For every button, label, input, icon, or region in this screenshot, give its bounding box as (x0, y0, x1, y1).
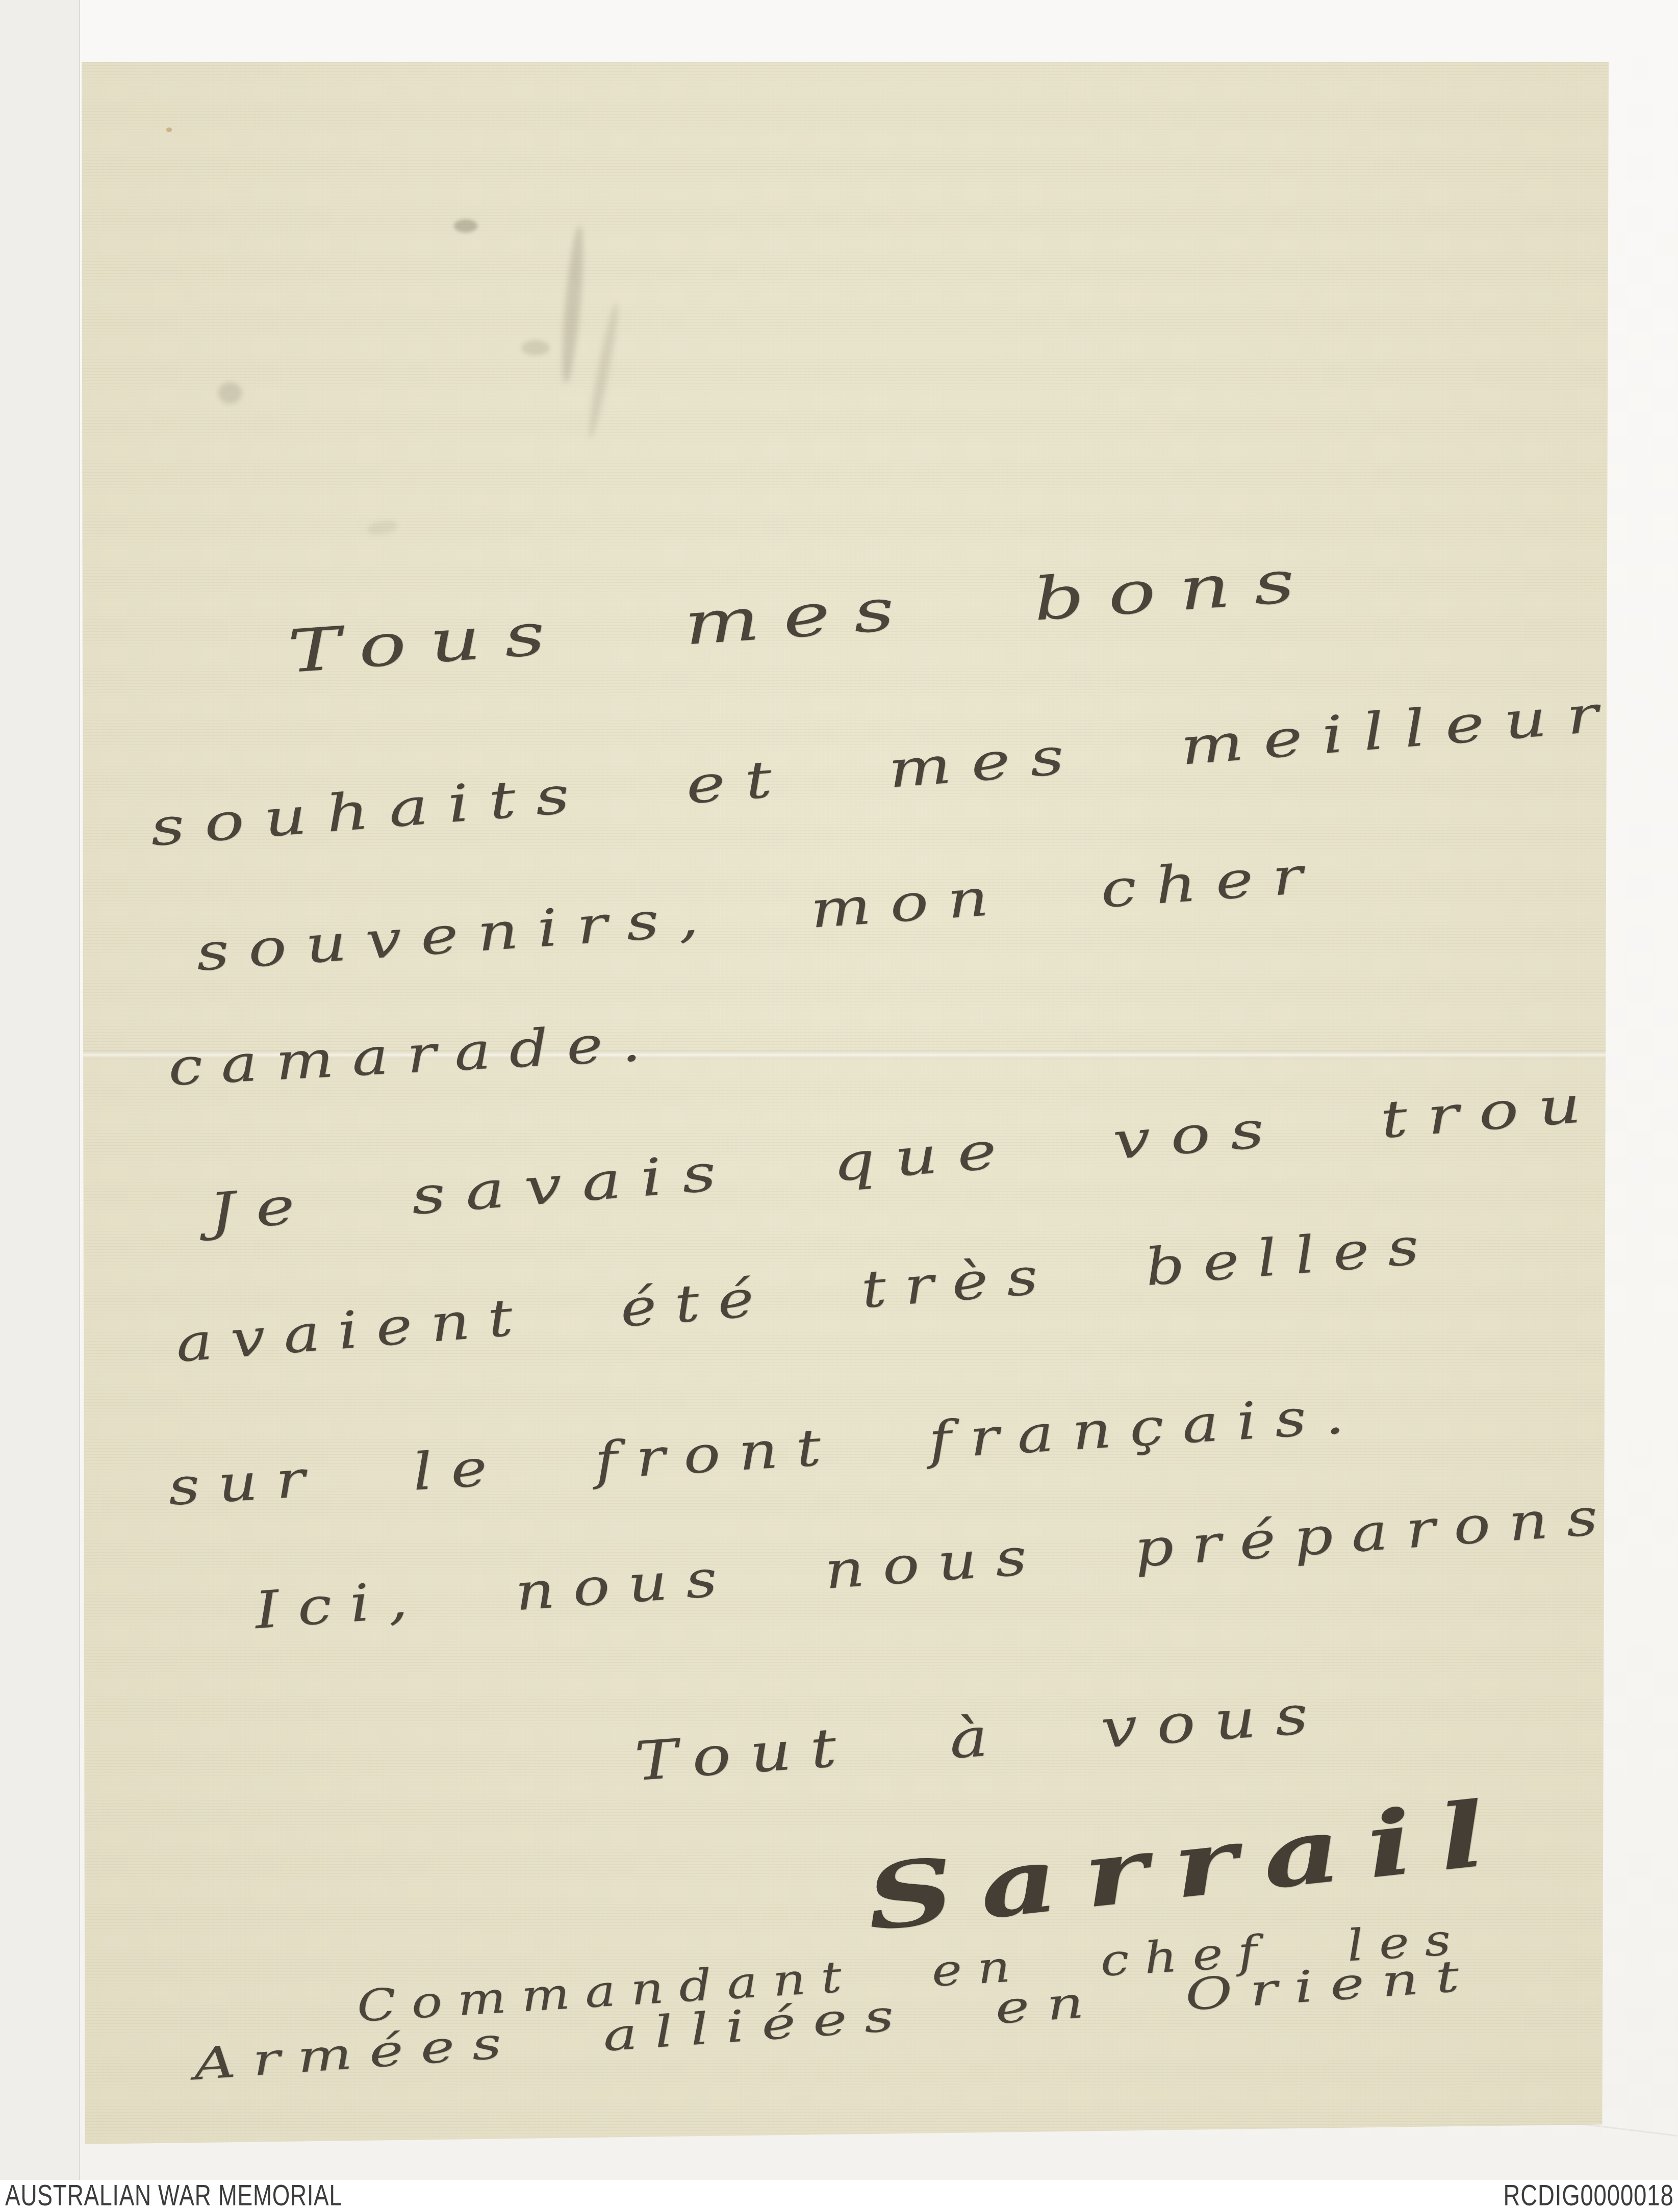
archive-name-label: AUSTRALIAN WAR MEMORIAL (5, 2181, 342, 2210)
handwriting-line-2: souhaits et mes meilleurs (148, 683, 1673, 853)
letter-paper: Tous mes bons souhaits et mes meilleurs … (82, 62, 1609, 2144)
handwriting-line-1: Tous mes bons (286, 551, 1320, 682)
stain-mark (366, 519, 399, 537)
handwriting-line-7: sur le front français. (167, 1389, 1364, 1513)
stain-mark (454, 219, 477, 233)
handwriting-line-6: avaient été très belles (174, 1220, 1439, 1370)
stain-mark (218, 382, 242, 404)
handwriting-line-8: Ici, nous nous préparons. (253, 1487, 1656, 1636)
handwriting-line-4: camarade. (167, 1017, 660, 1093)
stain-mark (521, 340, 550, 355)
paper-speck (166, 127, 172, 132)
scan-canvas: Tous mes bons souhaits et mes meilleurs … (0, 0, 1678, 2212)
footer-bar: AUSTRALIAN WAR MEMORIAL RCDIG0000018 (0, 2180, 1678, 2212)
handwriting-line-9: Tout à vous (633, 1687, 1329, 1789)
stain-mark (558, 225, 588, 383)
handwriting-line-5: Je savais que vos troupes (207, 1064, 1678, 1238)
stain-mark (584, 302, 622, 439)
item-id-label: RCDIG0000018 (1504, 2181, 1674, 2210)
handwriting-line-3: souvenirs, mon cher (195, 849, 1324, 979)
